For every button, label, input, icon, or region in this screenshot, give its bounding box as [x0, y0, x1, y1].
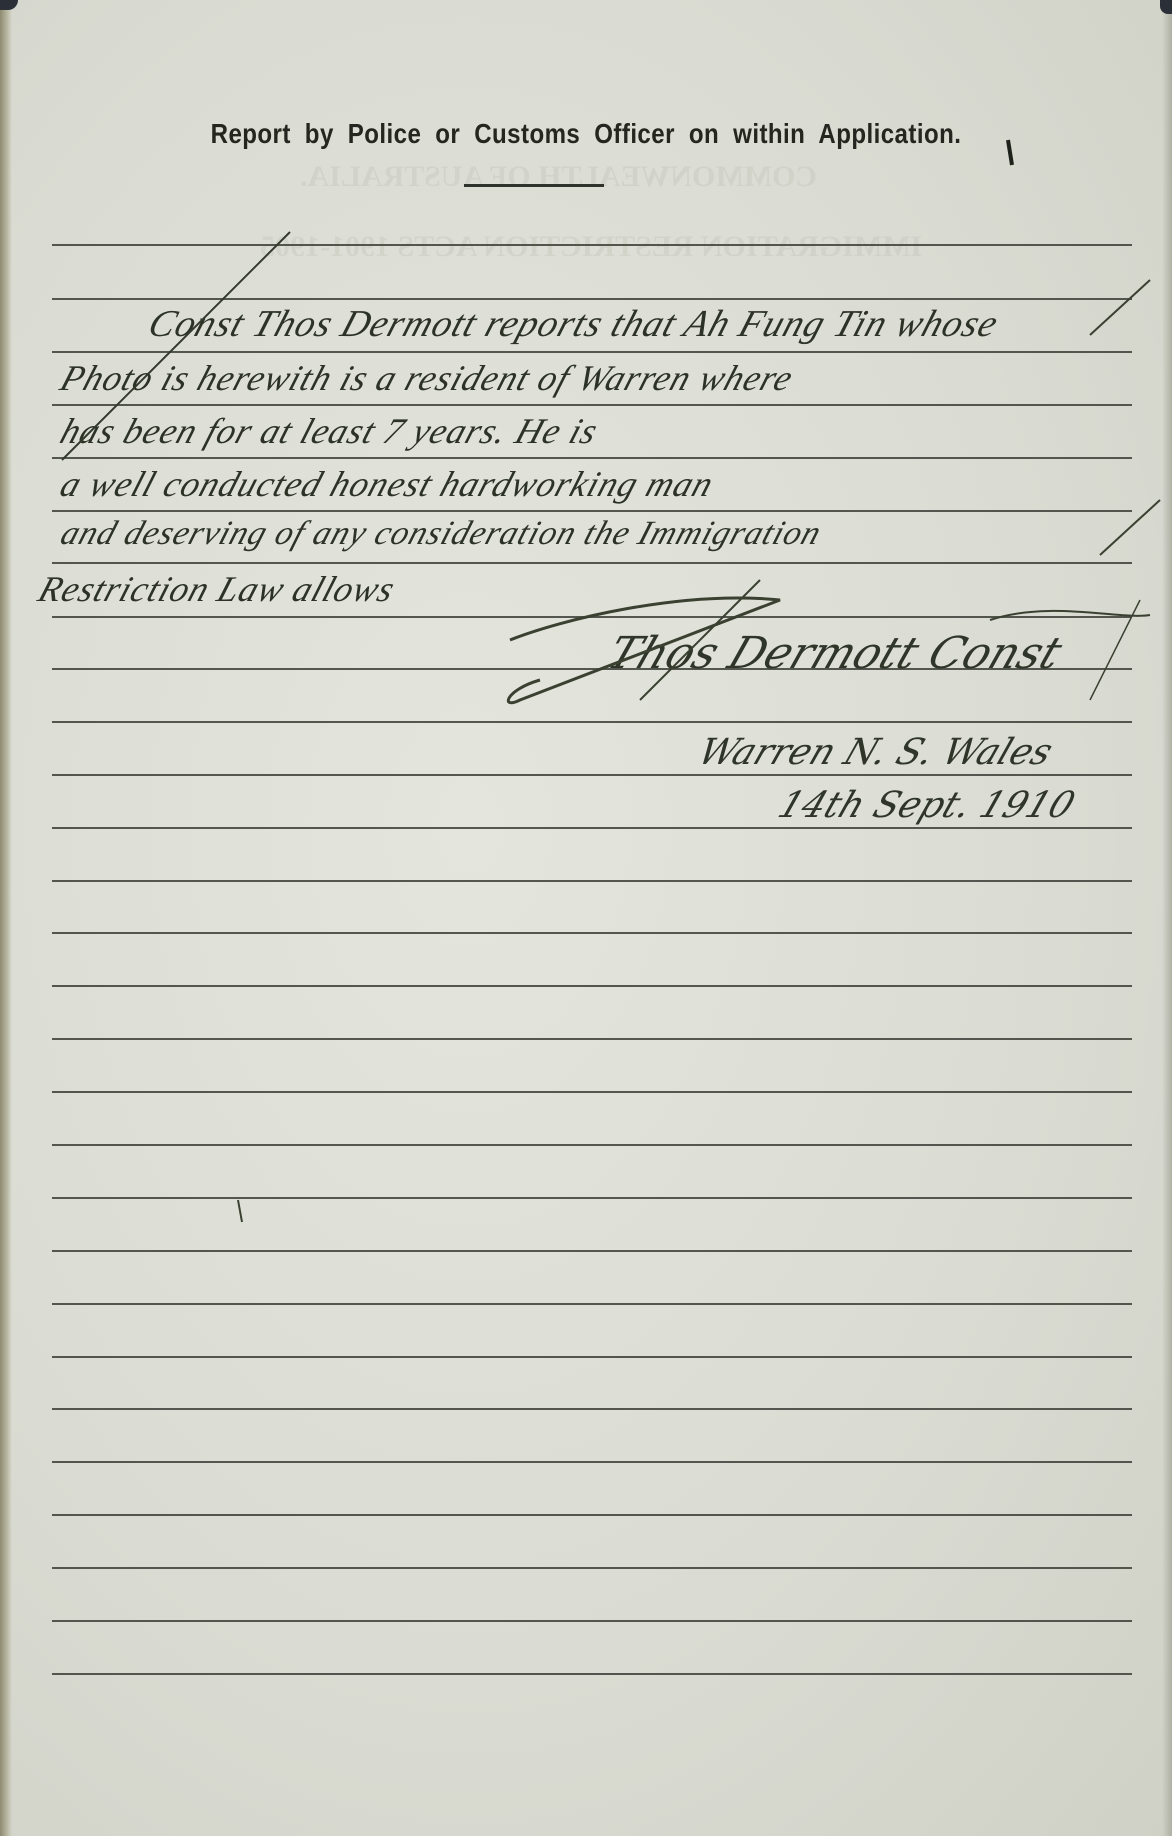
pen-flourish-strokes [0, 0, 1172, 1836]
document-page: COMMONWEALTH OF AUSTRALIA. IMMIGRATION R… [0, 0, 1172, 1836]
